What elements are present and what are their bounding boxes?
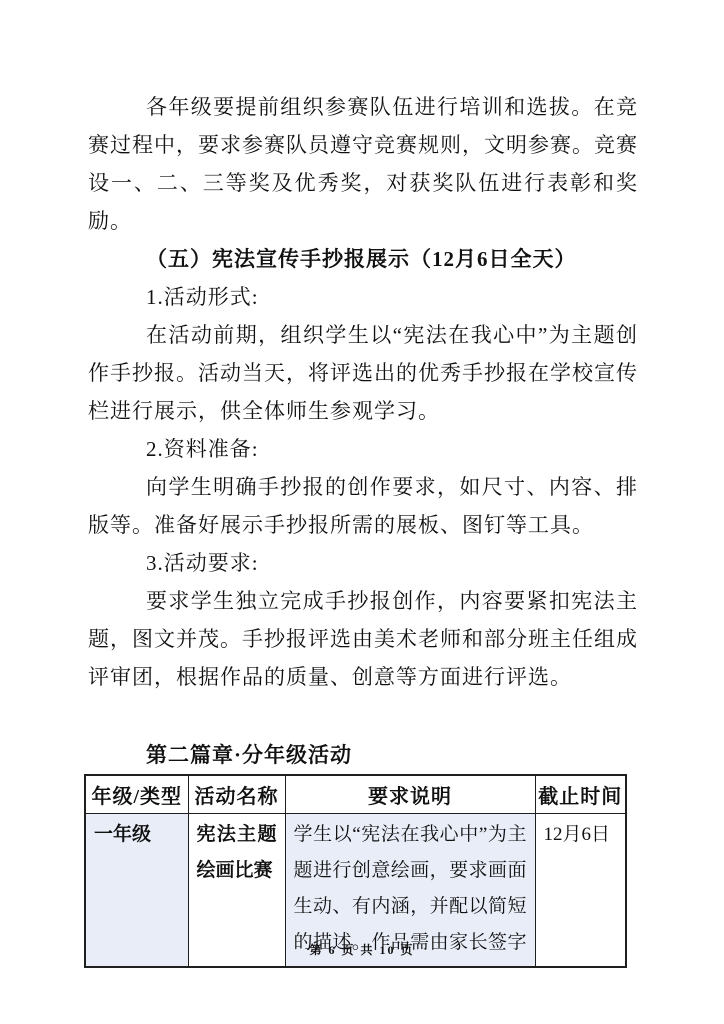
chapter-title-grade-activities: 第二篇章·分年级活动 [88, 736, 638, 774]
heading-section-5-poster-display: （五）宪法宣传手抄报展示（12月6日全天） [88, 240, 638, 278]
paragraph-material-preparation-detail: 向学生明确手抄报的创作要求，如尺寸、内容、排版等。准备好展示手抄报所需的展板、图… [88, 468, 638, 544]
column-header-requirements: 要求说明 [285, 775, 535, 814]
document-page: 各年级要提前组织参赛队伍进行培训和选拔。在竞赛过程中，要求参赛队员遵守竞赛规则，… [0, 0, 724, 1024]
list-item-3-activity-requirements: 3.活动要求: [88, 544, 638, 582]
paragraph-activity-requirements-detail: 要求学生独立完成手抄报创作，内容要紧扣宪法主题，图文并茂。手抄报评选由美术老师和… [88, 582, 638, 696]
cell-requirements-text: 学生以“宪法在我心中”为主题进行创意绘画，要求画面生动、有内涵，并配以简短的描述… [294, 817, 527, 961]
grade-activities-table: 年级/类型 活动名称 要求说明 截止时间 一年级 宪法主题绘画比赛 学生以“宪法… [84, 774, 627, 968]
page-number-footer: 第 6 页 共 10 页 [0, 941, 724, 958]
list-item-1-activity-format: 1.活动形式: [88, 278, 638, 316]
paragraph-competition-rules: 各年级要提前组织参赛队伍进行培训和选拔。在竞赛过程中，要求参赛队员遵守竞赛规则，… [88, 88, 638, 240]
column-header-grade-type: 年级/类型 [85, 775, 188, 814]
list-item-2-material-preparation: 2.资料准备: [88, 430, 638, 468]
document-body: 各年级要提前组织参赛队伍进行培训和选拔。在竞赛过程中，要求参赛队员遵守竞赛规则，… [88, 88, 638, 968]
table-header-row: 年级/类型 活动名称 要求说明 截止时间 [85, 775, 626, 814]
paragraph-activity-format-detail: 在活动前期，组织学生以“宪法在我心中”为主题创作手抄报。活动当天，将评选出的优秀… [88, 316, 638, 430]
column-header-deadline: 截止时间 [535, 775, 626, 814]
column-header-activity-name: 活动名称 [188, 775, 285, 814]
